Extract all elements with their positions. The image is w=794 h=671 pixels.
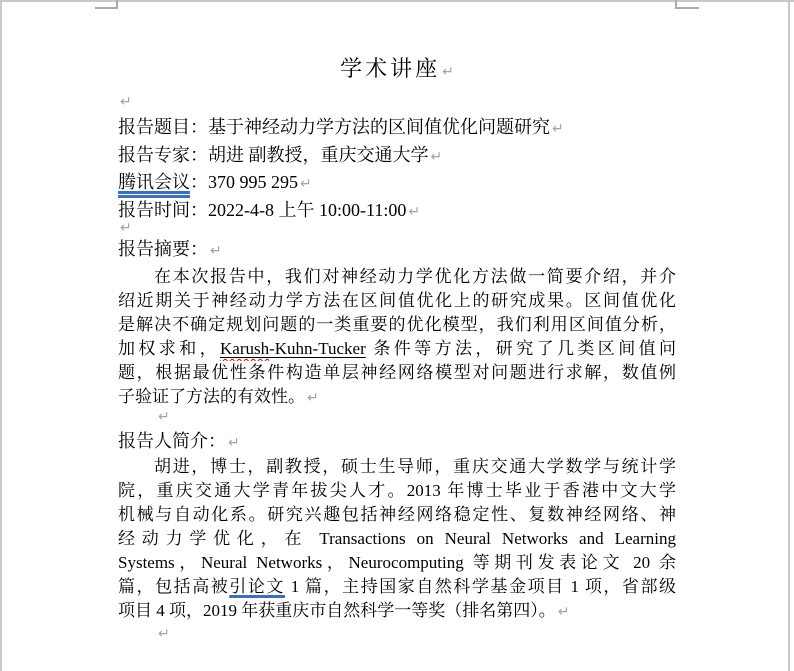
paragraph-mark-icon: ↵ — [300, 176, 312, 192]
page-right-edge — [788, 0, 790, 671]
abstract-line-text: 题，根据最优性条件构造单层神经网络模型对问题进行求解，数值例 — [118, 363, 676, 382]
bio-line[interactable]: 篇，包括高被引论文 1 篇，主持国家自然科学基金项目 1 项，省部级 — [118, 575, 676, 599]
abstract-line-text: 绍近期关于神经动力学方法在区间值优化上的研究成果。区间值优化 — [118, 291, 676, 310]
paragraph-mark-icon: ↵ — [120, 94, 132, 110]
empty-paragraph-line[interactable]: ↵ — [118, 218, 676, 238]
abstract-line[interactable]: 子验证了方法的有效性。↵ — [118, 385, 676, 409]
document-title-line[interactable]: 学术讲座↵ — [118, 54, 676, 87]
page-left-edge — [0, 0, 2, 671]
paragraph-mark-icon: ↵ — [431, 149, 443, 165]
empty-paragraph-line[interactable]: ↵ — [118, 92, 676, 112]
bio-line[interactable]: 机械与自动化系。研究兴趣包括神经网络稳定性、复数神经网络、神 — [118, 503, 676, 527]
abstract-line[interactable]: 题，根据最优性条件构造单层神经网络模型对问题进行求解，数值例 — [118, 361, 676, 385]
abstract-heading-text: 报告摘要： — [118, 239, 208, 259]
bio-line-text: 胡进，博士，副教授，硕士生导师，重庆交通大学数学与统计学 — [154, 457, 676, 476]
bio-line-text: 院，重庆交通大学青年拔尖人才。2013 年博士毕业于香港中文大学 — [118, 481, 676, 500]
paragraph-mark-icon: ↵ — [210, 243, 222, 259]
paragraph-mark-icon: ↵ — [442, 64, 454, 80]
paragraph-mark-icon: ↵ — [120, 220, 132, 236]
tencent-meeting-label-grammar-underline: 腾讯会议 — [118, 172, 190, 192]
abstract-line-text: 在本次报告中，我们对神经动力学优化方法做一简要介绍，并介 — [154, 267, 676, 286]
abstract-line[interactable]: 绍近期关于神经动力学方法在区间值优化上的研究成果。区间值优化 — [118, 289, 676, 313]
paragraph-mark-icon: ↵ — [552, 121, 564, 137]
abstract-line-text: 加权求和， — [118, 339, 220, 358]
bio-line-text: Systems，Neural Networks，Neurocomputing 等… — [118, 553, 676, 572]
document-text-area[interactable]: 学术讲座↵ ↵ 报告题目：基于神经动力学方法的区间值优化问题研究↵ 报告专家：胡… — [118, 0, 676, 671]
bio-line-text: 经动力学优化，在 Transactions on Neural Networks… — [118, 529, 676, 548]
tencent-meeting-id-text: ：370 995 295 — [190, 172, 298, 192]
cited-paper-grammar-underline: 引论文 — [229, 577, 285, 596]
paragraph-mark-icon: ↵ — [158, 409, 170, 425]
bio-heading-line[interactable]: 报告人简介：↵ — [118, 429, 676, 455]
abstract-paragraph: 在本次报告中，我们对神经动力学优化方法做一简要介绍，并介 绍近期关于神经动力学方… — [118, 265, 676, 409]
bio-line[interactable]: Systems，Neural Networks，Neurocomputing 等… — [118, 551, 676, 575]
paragraph-mark-icon: ↵ — [307, 390, 319, 406]
report-speaker-text: 报告专家：胡进 副教授，重庆交通大学 — [118, 145, 429, 165]
report-title-text: 报告题目：基于神经动力学方法的区间值优化问题研究 — [118, 117, 550, 137]
crop-mark-top-left-horizontal — [95, 7, 118, 9]
kkt-underlined-phrase: Karush-Kuhn-Tucker — [220, 339, 366, 358]
bio-heading-text: 报告人简介： — [118, 431, 226, 451]
abstract-line-text: 是解决不确定规划问题的一类重要的优化模型，我们利用区间值分析， — [118, 315, 676, 334]
meeting-info-block: 报告题目：基于神经动力学方法的区间值优化问题研究↵ 报告专家：胡进 副教授，重庆… — [118, 115, 676, 225]
document-title: 学术讲座 — [340, 56, 440, 81]
empty-paragraph-line[interactable]: ↵ — [118, 624, 714, 644]
tencent-meeting-line[interactable]: 腾讯会议：370 995 295↵ — [118, 170, 676, 198]
abstract-line[interactable]: 是解决不确定规划问题的一类重要的优化模型，我们利用区间值分析， — [118, 313, 676, 337]
report-title-line[interactable]: 报告题目：基于神经动力学方法的区间值优化问题研究↵ — [118, 115, 676, 143]
bio-line-text: 项目 4 项，2019 年获重庆市自然科学一等奖（排名第四）。 — [118, 601, 556, 620]
empty-paragraph-line[interactable]: ↵ — [118, 407, 714, 427]
abstract-heading-line[interactable]: 报告摘要：↵ — [118, 237, 676, 263]
bio-line-text: 1 篇，主持国家自然科学基金项目 1 项，省部级 — [285, 577, 676, 596]
report-time-text: 报告时间：2022-4-8 上午 10:00-11:00 — [118, 200, 406, 220]
bio-line[interactable]: 院，重庆交通大学青年拔尖人才。2013 年博士毕业于香港中文大学 — [118, 479, 676, 503]
abstract-line-text: 子验证了方法的有效性。 — [118, 387, 305, 406]
bio-paragraph: 胡进，博士，副教授，硕士生导师，重庆交通大学数学与统计学 院，重庆交通大学青年拔… — [118, 455, 676, 623]
kkt-spellcheck-word: Karush — [220, 339, 269, 358]
abstract-line[interactable]: 在本次报告中，我们对神经动力学优化方法做一简要介绍，并介 — [118, 265, 676, 289]
bio-line[interactable]: 胡进，博士，副教授，硕士生导师，重庆交通大学数学与统计学 — [118, 455, 676, 479]
kkt-phrase-rest: -Kuhn-Tucker — [269, 339, 366, 358]
paragraph-mark-icon: ↵ — [158, 626, 170, 642]
paragraph-mark-icon: ↵ — [558, 604, 570, 620]
report-speaker-line[interactable]: 报告专家：胡进 副教授，重庆交通大学↵ — [118, 143, 676, 171]
bio-line[interactable]: 经动力学优化，在 Transactions on Neural Networks… — [118, 527, 676, 551]
bio-line[interactable]: 项目 4 项，2019 年获重庆市自然科学一等奖（排名第四）。↵ — [118, 599, 676, 623]
bio-line-text: 篇，包括高被 — [118, 577, 229, 596]
crop-mark-top-right-horizontal — [675, 7, 699, 9]
bio-line-text: 机械与自动化系。研究兴趣包括神经网络稳定性、复数神经网络、神 — [118, 505, 676, 524]
abstract-line[interactable]: 加权求和，Karush-Kuhn-Tucker 条件等方法，研究了几类区间值问 — [118, 337, 676, 361]
abstract-line-text: 条件等方法，研究了几类区间值问 — [366, 339, 676, 358]
paragraph-mark-icon: ↵ — [228, 435, 240, 451]
